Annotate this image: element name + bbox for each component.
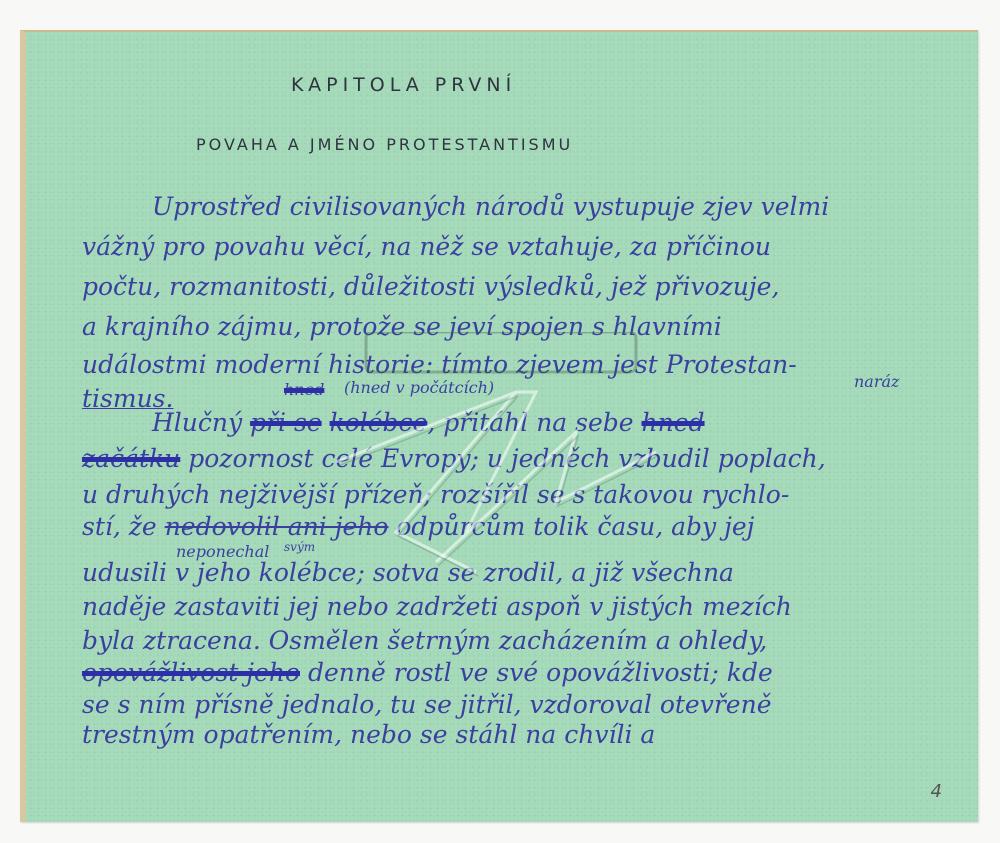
text-line-5: událostmi moderní historie: tímto zjevem… xyxy=(82,350,797,379)
struck-word: kolébce xyxy=(330,408,428,437)
text-line-14: opovážlivost jeho denně rostl ve své opo… xyxy=(82,658,773,687)
insertion-naraz: naráz xyxy=(854,372,899,391)
text-line-10: stí, že nedovolil ani jeho odpůrcům toli… xyxy=(82,512,754,541)
text-line-1: Uprostřed civilisovaných národů vystupuj… xyxy=(152,192,829,221)
text-segment: denně rostl ve své opovážlivosti; kde xyxy=(308,658,773,687)
word: Hlučný xyxy=(152,408,242,437)
text-line-13: byla ztracena. Osmělen šetrným zacházení… xyxy=(82,626,767,655)
text-line-12: naděje zastaviti jej nebo zadržeti aspoň… xyxy=(82,592,792,621)
chapter-subtitle: POVAHA A JMÉNO PROTESTANTISMU xyxy=(196,135,573,154)
manuscript-paper: KAPITOLA PRVNÍ POVAHA A JMÉNO PROTESTANT… xyxy=(20,30,978,822)
text-line-16: trestným opatřením, nebo se stáhl na chv… xyxy=(82,720,655,749)
text-segment: odpůrcům tolik času, aby jej xyxy=(396,512,754,541)
struck-word: hned xyxy=(642,408,705,437)
struck-phrase: nedovolil ani jeho xyxy=(165,512,389,541)
text-segment: stí, že xyxy=(82,512,157,541)
text-line-2: vážný pro povahu věcí, na něž se vztahuj… xyxy=(82,232,771,261)
insertion-svym: svým xyxy=(284,540,315,554)
page-number: 4 xyxy=(931,781,942,802)
scanned-page: KAPITOLA PRVNÍ POVAHA A JMÉNO PROTESTANT… xyxy=(0,0,1000,843)
text-line-7: Hlučný při se kolébce, přitáhl na sebe h… xyxy=(152,408,705,437)
text-line-4: a krajního zájmu, protože se jeví spojen… xyxy=(82,312,722,341)
insertion-hned-v-pocatcich: (hned v počátcích) xyxy=(344,378,494,397)
text-segment: pozornost celé Evropy; u jedněch vzbudil… xyxy=(188,444,826,473)
text-line-15: se s ním přísně jednalo, tu se jitřil, v… xyxy=(82,690,772,719)
text-segment: , přitáhl na sebe xyxy=(427,408,633,437)
struck-word: při se xyxy=(250,408,322,437)
text-line-3: počtu, rozmanitosti, důležitosti výsledk… xyxy=(82,272,779,301)
text-line-9: u druhých nejživější přízeň; rozšířil se… xyxy=(82,480,789,509)
struck-insertion: hned xyxy=(284,380,324,399)
chapter-title: KAPITOLA PRVNÍ xyxy=(291,74,516,96)
struck-phrase: opovážlivost jeho xyxy=(82,658,300,687)
text-line-11: udusili v jeho kolébce; sotva se zrodil,… xyxy=(82,558,734,587)
text-line-8: začátku pozornost celé Evropy; u jedněch… xyxy=(82,444,826,473)
struck-word: začátku xyxy=(82,444,180,473)
